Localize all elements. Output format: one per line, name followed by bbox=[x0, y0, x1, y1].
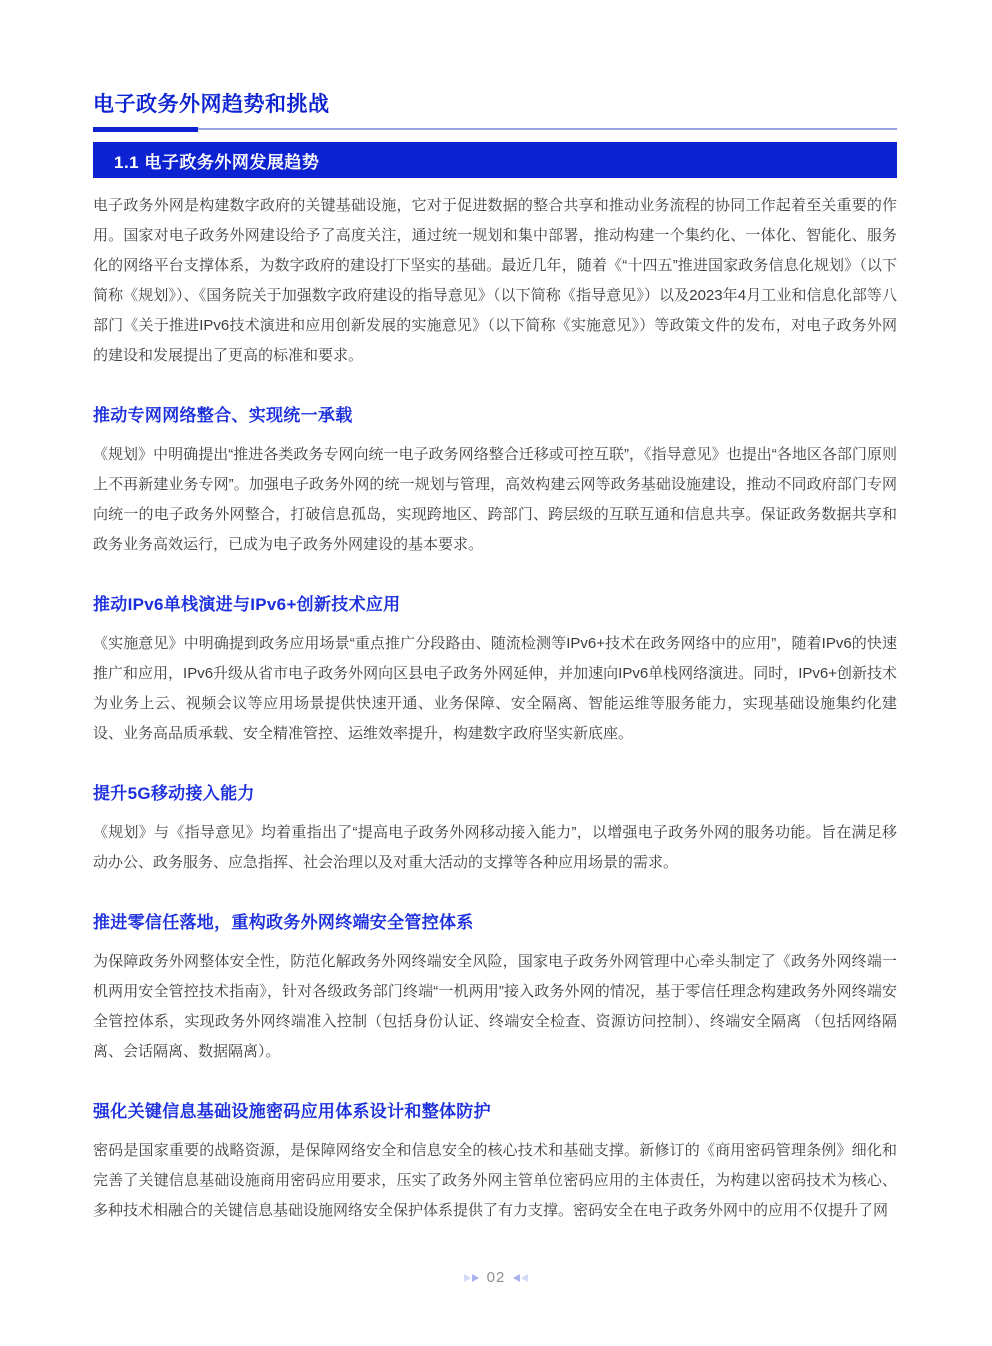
section-banner-label: 1.1 电子政务外网发展趋势 bbox=[114, 148, 319, 173]
intro-paragraph: 电子政务外网是构建数字政府的关键基础设施，它对于促进数据的整合共享和推动业务流程… bbox=[93, 191, 897, 371]
page-number: 02 bbox=[487, 1269, 506, 1286]
footer-arrows-right-icon bbox=[513, 1274, 528, 1282]
page-title: 电子政务外网趋势和挑战 bbox=[93, 93, 897, 117]
arrow-left-icon bbox=[513, 1274, 520, 1282]
arrow-left-icon bbox=[521, 1274, 528, 1282]
page-content: 电子政务外网趋势和挑战 1.1 电子政务外网发展趋势 电子政务外网是构建数字政府… bbox=[93, 93, 897, 1226]
section-heading-ipv6: 推动IPv6单栈演进与IPv6+创新技术应用 bbox=[93, 593, 897, 616]
section-heading-zero-trust: 推进零信任落地，重构政务外网终端安全管控体系 bbox=[93, 911, 897, 934]
section-body-zero-trust: 为保障政务外网整体安全性，防范化解政务外网终端安全风险，国家电子政务外网管理中心… bbox=[93, 947, 897, 1067]
document-page: 电子政务外网趋势和挑战 1.1 电子政务外网发展趋势 电子政务外网是构建数字政府… bbox=[0, 0, 992, 1346]
section-body-crypto-protection: 密码是国家重要的战略资源，是保障网络安全和信息安全的核心技术和基础支撑。新修订的… bbox=[93, 1136, 897, 1226]
divider-accent-segment bbox=[93, 127, 198, 132]
section-heading-crypto-protection: 强化关键信息基础设施密码应用体系设计和整体防护 bbox=[93, 1100, 897, 1123]
arrow-right-icon bbox=[472, 1274, 479, 1282]
section-body-network-integration: 《规划》中明确提出“推进各类政务专网向统一电子政务网络整合迁移或可控互联”，《指… bbox=[93, 440, 897, 560]
section-body-ipv6: 《实施意见》中明确提到政务应用场景“重点推广分段路由、随流检测等IPv6+技术在… bbox=[93, 629, 897, 749]
divider-thin-rule bbox=[93, 128, 897, 130]
title-divider bbox=[93, 127, 897, 132]
page-footer: 02 bbox=[0, 1269, 992, 1286]
footer-arrows-left-icon bbox=[464, 1274, 479, 1282]
arrow-right-icon bbox=[464, 1274, 471, 1282]
section-body-5g-access: 《规划》与《指导意见》均着重指出了“提高电子政务外网移动接入能力”，以增强电子政… bbox=[93, 818, 897, 878]
section-heading-5g-access: 提升5G移动接入能力 bbox=[93, 782, 897, 805]
section-banner: 1.1 电子政务外网发展趋势 bbox=[93, 142, 897, 178]
section-heading-network-integration: 推动专网网络整合、实现统一承载 bbox=[93, 404, 897, 427]
